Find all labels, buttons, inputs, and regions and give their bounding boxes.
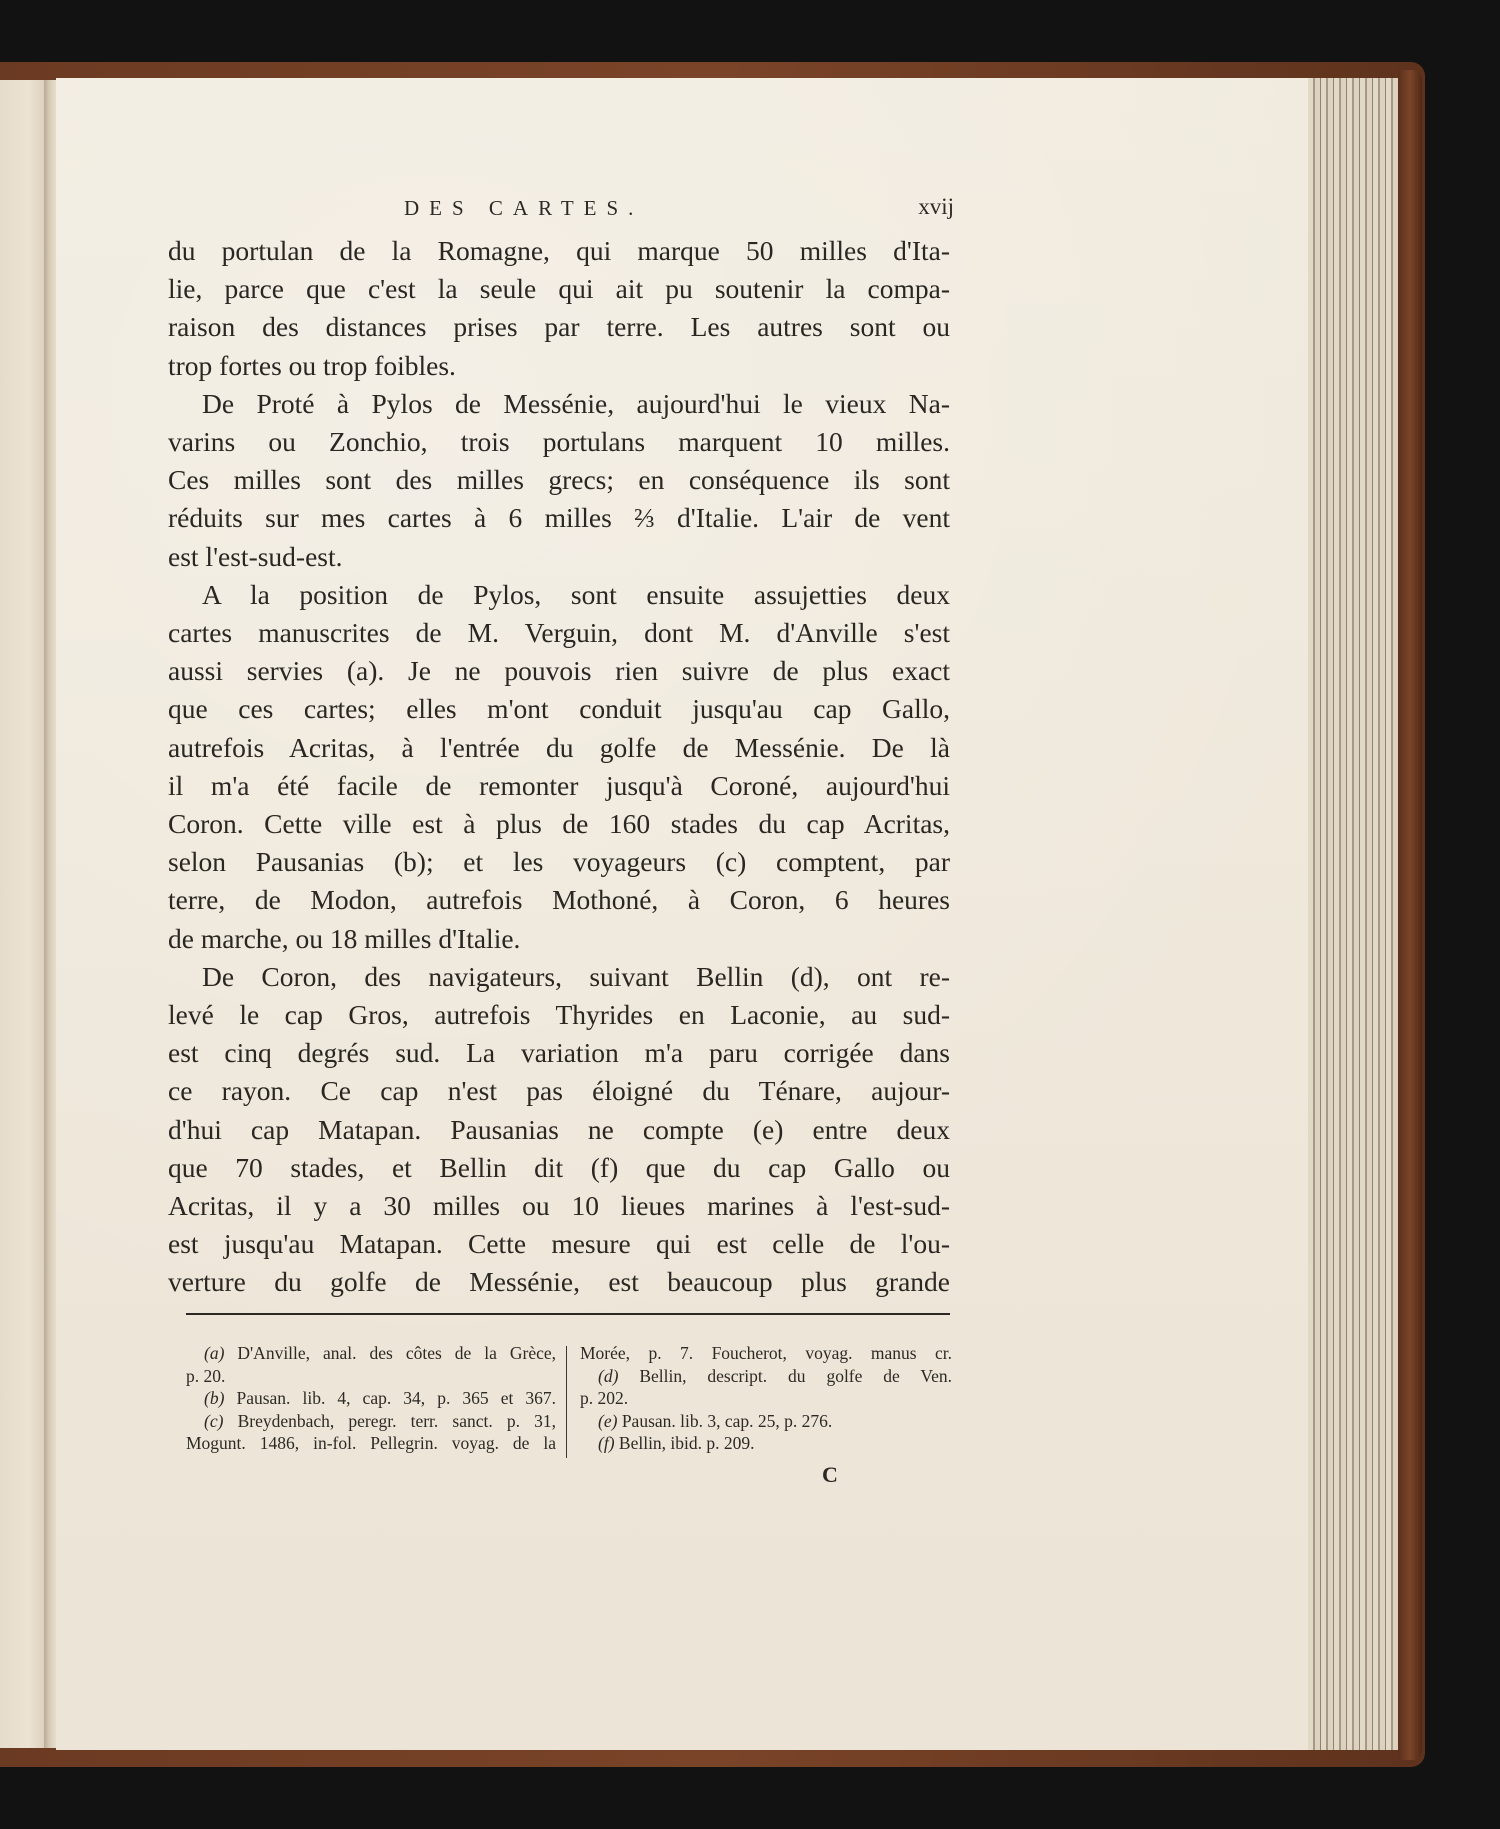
text-line: autrefois Acritas, à l'entrée du golfe d… [168,729,950,767]
text-line: est cinq degrés sud. La variation m'a pa… [168,1034,950,1072]
footnote-c: (c) Breydenbach, peregr. terr. sanct. p.… [186,1410,556,1433]
text-line: lie, parce que c'est la seule qui ait pu… [168,270,950,308]
page-number: xvij [918,194,954,220]
text-line: aussi servies (a). Je ne pouvois rien su… [168,652,950,690]
text-line: A la position de Pylos, sont ensuite ass… [168,576,950,614]
footnote-rule [186,1313,950,1315]
footnote-c-cont: Mogunt. 1486, in-fol. Pellegrin. voyag. … [186,1432,556,1455]
text-line: verture du golfe de Messénie, est beauco… [168,1263,950,1301]
footnote-c-cont2: Morée, p. 7. Foucherot, voyag. manus cr. [580,1342,952,1365]
page-edges [1308,78,1400,1750]
text-line: De Coron, des navigateurs, suivant Belli… [168,958,950,996]
text-line: que 70 stades, et Bellin dit (f) que du … [168,1149,950,1187]
footnote-d: (d) Bellin, descript. du golfe de Ven. [580,1365,952,1388]
footnote-a: (a) D'Anville, anal. des côtes de la Grè… [186,1342,556,1365]
text-line: raison des distances prises par terre. L… [168,308,950,346]
footnote-column-divider [566,1346,567,1458]
text-line: que ces cartes; elles m'ont conduit jusq… [168,690,950,728]
text-line: De Proté à Pylos de Messénie, aujourd'hu… [168,385,950,423]
signature-mark: C [822,1462,838,1488]
footnote-d-cont: p. 202. [580,1387,952,1410]
text-line: est l'est-sud-est. [168,538,950,576]
text-line: il m'a été facile de remonter jusqu'à Co… [168,767,950,805]
text-line: Coron. Cette ville est à plus de 160 sta… [168,805,950,843]
text-line: levé le cap Gros, autrefois Thyrides en … [168,996,950,1034]
binding-edge [1398,70,1422,1760]
footnotes-left-column: (a) D'Anville, anal. des côtes de la Grè… [186,1342,556,1455]
text-line: Ces milles sont des milles grecs; en con… [168,461,950,499]
footnote-b: (b) Pausan. lib. 4, cap. 34, p. 365 et 3… [186,1387,556,1410]
running-title: DES CARTES. [404,196,643,221]
text-line: de marche, ou 18 milles d'Italie. [168,920,950,958]
running-head: DES CARTES. xvij [160,196,960,226]
footnote-f: (f) Bellin, ibid. p. 209. [580,1432,952,1455]
text-line: ce rayon. Ce cap n'est pas éloigné du Té… [168,1072,950,1110]
text-line: est jusqu'au Matapan. Cette mesure qui e… [168,1225,950,1263]
text-line: d'hui cap Matapan. Pausanias ne compte (… [168,1111,950,1149]
footnote-a-cont: p. 20. [186,1365,556,1388]
footnote-e: (e) Pausan. lib. 3, cap. 25, p. 276. [580,1410,952,1433]
text-line: cartes manuscrites de M. Verguin, dont M… [168,614,950,652]
text-line: du portulan de la Romagne, qui marque 50… [168,232,950,270]
text-line: selon Pausanias (b); et les voyageurs (c… [168,843,950,881]
text-line: trop fortes ou trop foibles. [168,347,950,385]
left-page-edge [0,80,48,1748]
footnotes-right-column: Morée, p. 7. Foucherot, voyag. manus cr.… [580,1342,952,1455]
body-text: du portulan de la Romagne, qui marque 50… [168,232,950,1302]
text-line: terre, de Modon, autrefois Mothoné, à Co… [168,881,950,919]
text-line: varins ou Zonchio, trois portulans marqu… [168,423,950,461]
text-line: réduits sur mes cartes à 6 milles ⅔ d'It… [168,499,950,537]
text-line: Acritas, il y a 30 milles ou 10 lieues m… [168,1187,950,1225]
